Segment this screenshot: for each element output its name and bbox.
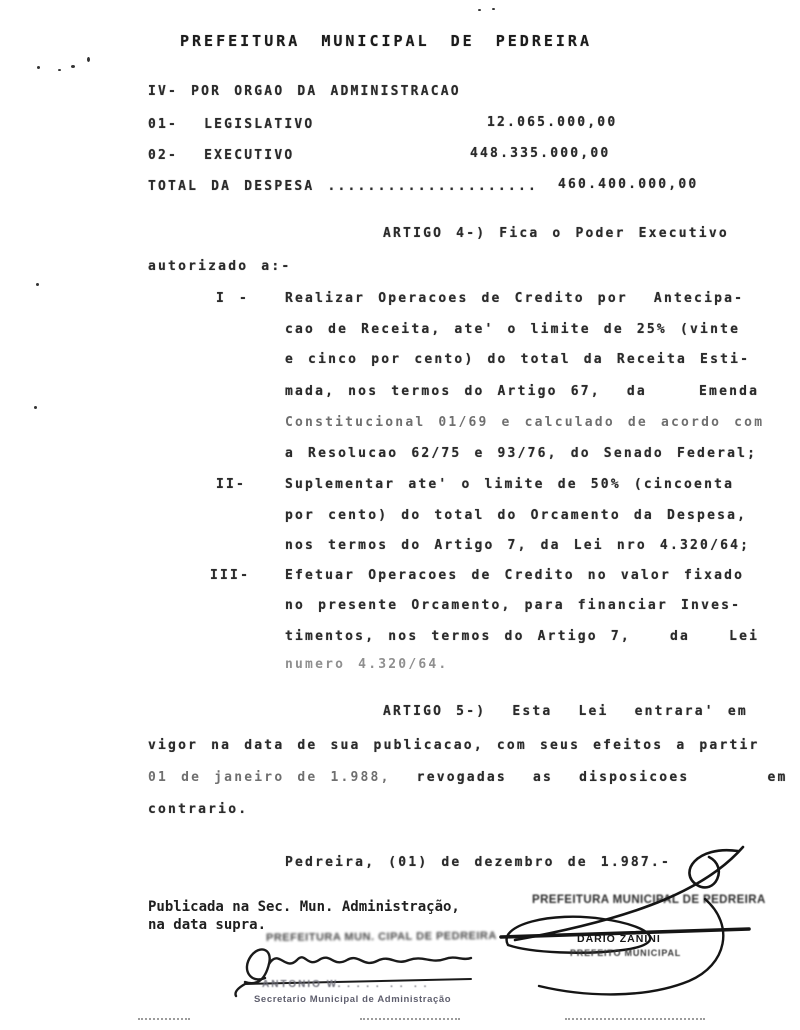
artigo4-heading: ARTIGO 4-) Fica o Poder Executivo bbox=[383, 226, 729, 241]
scan-speck bbox=[34, 406, 37, 409]
item-line: cao de Receita, ate' o limite de 25% (vi… bbox=[285, 322, 740, 337]
scan-speck bbox=[87, 57, 90, 62]
scan-speck bbox=[58, 69, 61, 71]
item-numeral: III- bbox=[210, 568, 250, 583]
budget-row-value: 12.065.000,00 bbox=[487, 115, 617, 130]
scan-speck bbox=[71, 65, 75, 68]
publication-note-line: Publicada na Sec. Mun. Administração, bbox=[148, 899, 460, 915]
artigo5-line: 01 de janeiro de 1.988, revogadas as dis… bbox=[148, 770, 788, 785]
scan-speck bbox=[37, 66, 40, 69]
signer-title-right: PREFEITO MUNICIPAL bbox=[570, 948, 681, 958]
item-line: Suplementar ate' o limite de 50% (cincoe… bbox=[285, 477, 734, 492]
publication-note-line: na data supra. bbox=[148, 917, 266, 933]
item-numeral: II- bbox=[216, 477, 246, 492]
budget-section-heading: IV- POR ORGAO DA ADMINISTRACAO bbox=[148, 84, 461, 99]
budget-total-value: 460.400.000,00 bbox=[558, 177, 698, 192]
artigo5-line: contrario. bbox=[148, 802, 248, 817]
budget-row-value: 448.335.000,00 bbox=[470, 146, 610, 161]
item-line: timentos, nos termos do Artigo 7, da Lei bbox=[285, 629, 759, 644]
scan-noise-line bbox=[360, 1018, 460, 1020]
artigo5-line-rest: revogadas as disposicoes em bbox=[391, 770, 788, 785]
scan-speck bbox=[492, 8, 495, 10]
signer-name-right: DARIO ZANINI bbox=[577, 933, 661, 945]
artigo5-line-faded-part: 01 de janeiro de 1.988, bbox=[148, 770, 391, 785]
scan-speck bbox=[478, 9, 481, 11]
item-numeral: I - bbox=[216, 291, 249, 306]
document-page: PREFEITURA MUNICIPAL DE PEDREIRA IV- POR… bbox=[0, 0, 800, 1030]
artigo5-heading: ARTIGO 5-) Esta Lei entrara' em bbox=[383, 704, 748, 719]
budget-total-label: TOTAL DA DESPESA ..................... bbox=[148, 179, 538, 194]
scan-noise-line bbox=[565, 1018, 705, 1020]
doc-title: PREFEITURA MUNICIPAL DE PEDREIRA bbox=[180, 32, 592, 50]
item-line: no presente Orcamento, para financiar In… bbox=[285, 598, 741, 613]
signature-prefeito bbox=[493, 845, 755, 1005]
scan-noise-line bbox=[138, 1018, 190, 1020]
item-line: nos termos do Artigo 7, da Lei nro 4.320… bbox=[285, 538, 750, 553]
artigo5-line: vigor na data de sua publicacao, com seu… bbox=[148, 738, 760, 753]
item-line: numero 4.320/64. bbox=[285, 657, 448, 672]
item-line: Constitucional 01/69 e calculado de acor… bbox=[285, 415, 764, 430]
budget-row-label: 01- LEGISLATIVO bbox=[148, 117, 314, 132]
item-line: Realizar Operacoes de Credito por Anteci… bbox=[285, 291, 744, 306]
item-line: Efetuar Operacoes de Credito no valor fi… bbox=[285, 568, 744, 583]
item-line: mada, nos termos do Artigo 67, da Emenda bbox=[285, 384, 759, 399]
artigo4-intro: autorizado a:- bbox=[148, 259, 291, 274]
budget-row-label: 02- EXECUTIVO bbox=[148, 148, 294, 163]
item-line: e cinco por cento) do total da Receita E… bbox=[285, 352, 750, 367]
item-line: por cento) do total do Orcamento da Desp… bbox=[285, 508, 747, 523]
scan-speck bbox=[36, 283, 39, 286]
signer-name-left: ANTONIO W. . . . . . . . . bbox=[262, 979, 428, 990]
signer-title-left: Secretario Municipal de Administração bbox=[254, 994, 451, 1005]
item-line: a Resolucao 62/75 e 93/76, do Senado Fed… bbox=[285, 446, 757, 461]
